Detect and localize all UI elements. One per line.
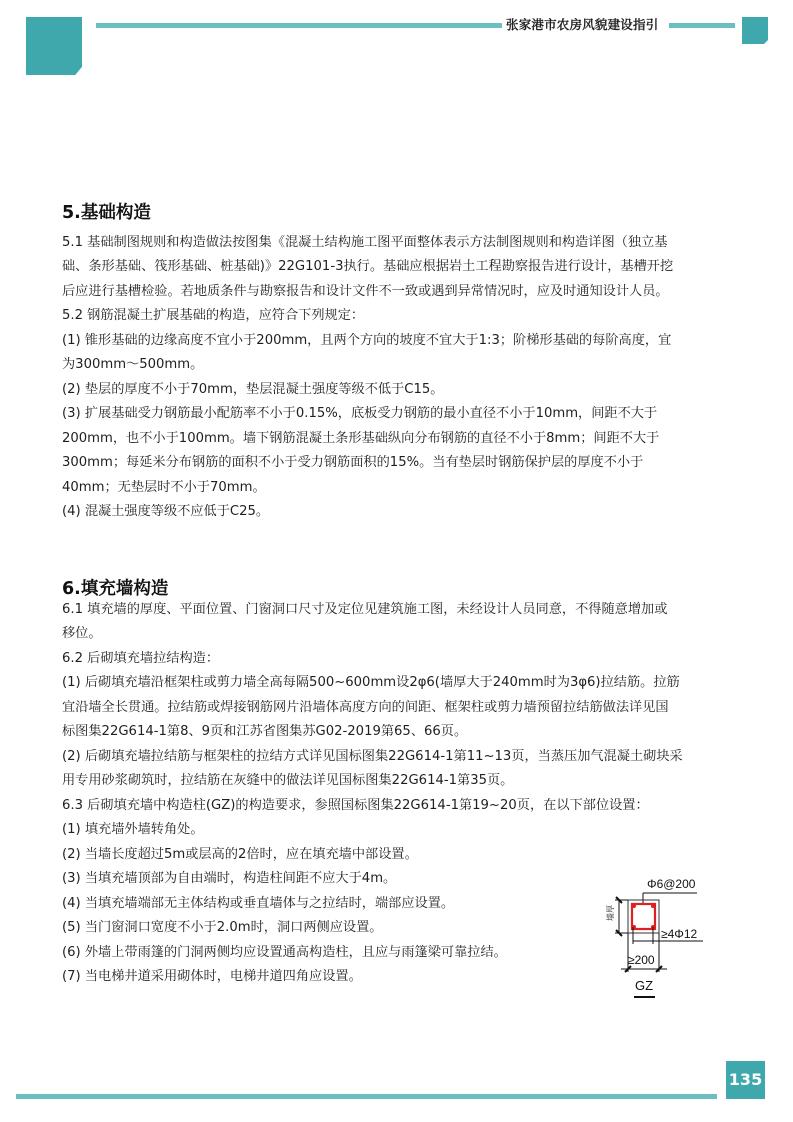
paragraph-line: 移位。: [62, 625, 102, 643]
stirrup-label: Φ6@200: [647, 877, 696, 891]
paragraph-line: 5.1 基础制图规则和构造做法按图集《混凝土结构施工图平面整体表示方法制图规则和…: [62, 234, 667, 252]
paragraph-line: (2) 当墙长度超过5m或层高的2倍时，应在填充墙中部设置。: [62, 846, 418, 864]
paragraph-line: 后应进行基槽检验。若地质条件与勘察报告和设计文件不一致或遇到异常情况时，应及时通…: [62, 283, 669, 301]
paragraph-line: (2) 垫层的厚度不小于70mm，垫层混凝土强度等级不低于C15。: [62, 381, 443, 399]
paragraph-line: 200mm，也不小于100mm。墙下钢筋混凝土条形基础纵向分布钢筋的直径不小于8…: [62, 430, 659, 448]
paragraph-line: (1) 填充墙外墙转角处。: [62, 821, 204, 839]
paragraph-line: (3) 当填充墙顶部为自由端时，构造柱间距不应大于4m。: [62, 870, 396, 888]
paragraph-line: 5.2 钢筋混凝土扩展基础的构造，应符合下列规定：: [62, 307, 364, 325]
paragraph-line: (7) 当电梯井道采用砌体时，电梯井道四角应设置。: [62, 968, 362, 986]
header-bar-right: [669, 23, 735, 28]
section-heading-6: 6.填充墙构造: [62, 575, 168, 600]
paragraph-line: (4) 当填充墙端部无主体结构或垂直墙体与之拉结时，端部应设置。: [62, 895, 454, 913]
stirrup-icon: [632, 904, 655, 929]
paragraph-line: (1) 锥形基础的边缘高度不宜小于200mm，且两个方向的坡度不宜大于1:3；阶…: [62, 332, 671, 350]
page-number: 135: [726, 1061, 765, 1099]
paragraph-line: (2) 后砌填充墙拉结筋与框架柱的拉结方式详见国标图集22G614-1第11~1…: [62, 748, 683, 766]
paragraph-line: 标图集22G614-1第8、9页和江苏省图集苏G02-2019第65、66页。: [62, 723, 467, 741]
gz-column-diagram: Φ6@200 墙厚 ≥4Φ12 ≥200 GZ: [585, 872, 715, 1007]
paragraph-line: 6.1 填充墙的厚度、平面位置、门窗洞口尺寸及定位见建筑施工图，未经设计人员同意…: [62, 601, 667, 619]
footer-bar: [16, 1094, 717, 1099]
paragraph-line: 础、条形基础、筏形基础、桩基础)》22G101-3执行。基础应根据岩土工程勘察报…: [62, 258, 673, 276]
paragraph-line: 宜沿墙全长贯通。拉结筋或焊接钢筋网片沿墙体高度方向的间距、框架柱或剪力墙预留拉结…: [62, 699, 669, 717]
header-right-block: [742, 17, 768, 44]
paragraph-line: 300mm；每延米分布钢筋的面积不小于受力钢筋面积的15%。当有垫层时钢筋保护层…: [62, 454, 643, 472]
diagram-caption: GZ: [635, 978, 653, 993]
header-bar-left: [96, 23, 502, 28]
width-label: ≥200: [628, 953, 655, 967]
paragraph-line: (1) 后砌填充墙沿框架柱或剪力墙全高每隔500~600mm设2φ6(墙厚大于2…: [62, 674, 680, 692]
paragraph-line: 为300mm～500mm。: [62, 356, 203, 374]
paragraph-line: 40mm；无垫层时不小于70mm。: [62, 479, 266, 497]
section-heading-5: 5.基础构造: [62, 199, 151, 224]
paragraph-line: (6) 外墙上带雨篷的门洞两侧均应设置通高构造柱，且应与雨篷梁可靠拉结。: [62, 944, 507, 962]
wall-thickness-label: 墙厚: [605, 905, 615, 921]
paragraph-line: (5) 当门窗洞口宽度不小于2.0m时，洞口两侧应设置。: [62, 919, 382, 937]
header-left-block: [26, 17, 82, 75]
paragraph-line: 6.3 后砌填充墙中构造柱(GZ)的构造要求，参照国标图集22G614-1第19…: [62, 797, 649, 815]
header-title: 张家港市农房风貌建设指引: [506, 15, 668, 33]
paragraph-line: 6.2 后砌填充墙拉结构造：: [62, 650, 219, 668]
rebar-label: ≥4Φ12: [661, 927, 698, 941]
paragraph-line: 用专用砂浆砌筑时，拉结筋在灰缝中的做法详见国标图集22G614-1第35页。: [62, 772, 513, 790]
paragraph-line: (3) 扩展基础受力钢筋最小配筋率不小于0.15%，底板受力钢筋的最小直径不小于…: [62, 405, 657, 423]
paragraph-line: (4) 混凝土强度等级不应低于C25。: [62, 503, 269, 521]
